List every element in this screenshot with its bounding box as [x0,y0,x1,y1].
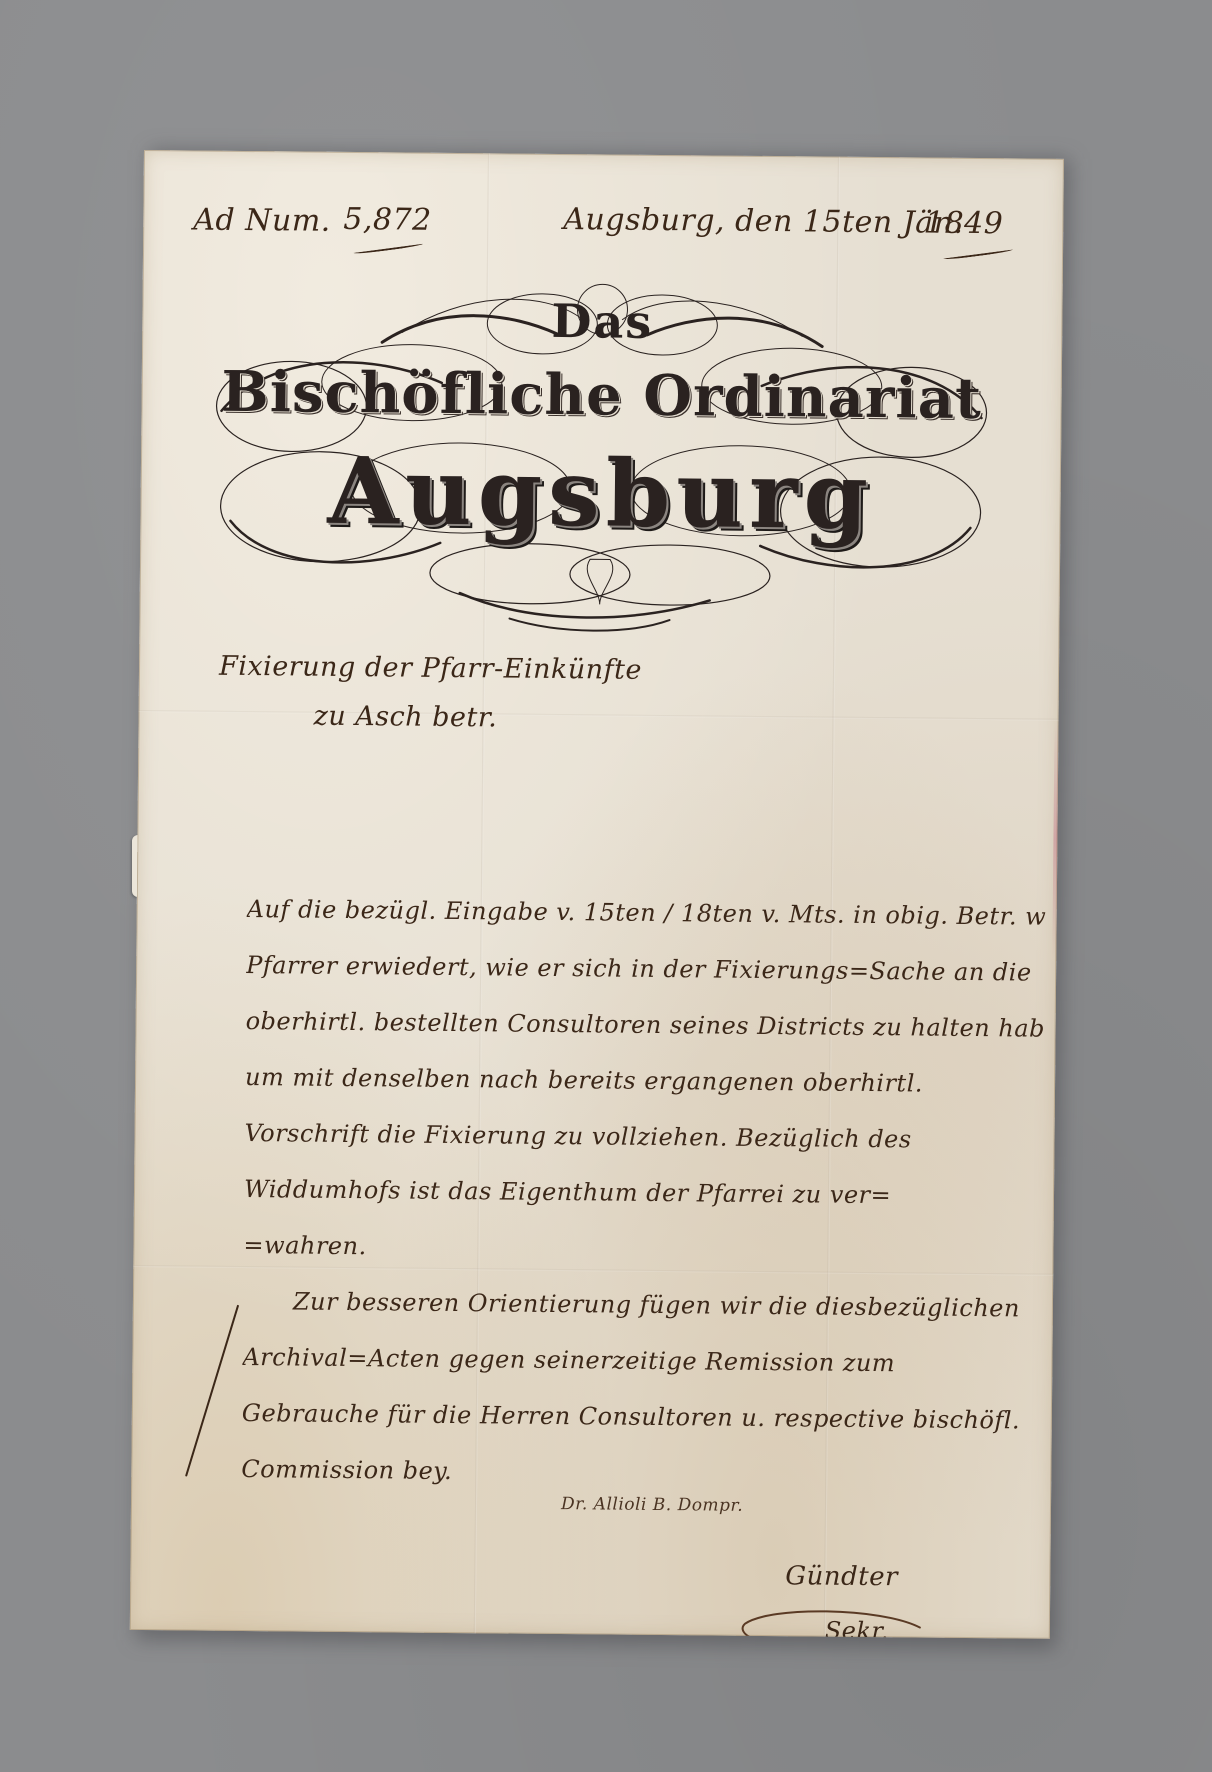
body-line: =wahren. [243,1217,1044,1281]
body-line: Gebrauche für die Herren Consultoren u. … [242,1385,1043,1449]
signature: Gündter Sekr. [729,1546,930,1639]
subject-line: zu Asch betr. [313,701,641,735]
body-line: Widdumhofs ist das Eigenthum der Pfarrei… [244,1161,1045,1225]
body-line: Pfarrer erwiedert, wie er sich in der Fi… [246,937,1047,1001]
body-line: um mit denselben nach bereits ergangenen… [245,1049,1046,1113]
subject-line: Fixierung der Pfarr-Einkünfte [219,651,642,686]
annotation-note: Dr. Allioli B. Dompr. [561,1494,743,1516]
header-line: Ad Num. 5,872 Augsburg, den 15ten Jän. 1… [173,192,1034,260]
letterhead-city: Augsburg [210,436,991,551]
document-sheet: Ad Num. 5,872 Augsburg, den 15ten Jän. 1… [130,150,1064,1639]
reference-number: 5,872 [343,202,432,238]
flourish [943,247,1013,260]
letterhead-institution: Bischöfliche Ordinariat [211,359,992,432]
place-date: Augsburg, den 15ten Jän. [563,202,963,241]
letterhead-article: Das [212,291,992,352]
flourish [353,242,423,255]
body-line: oberhirtl. bestellten Consultoren seines… [245,993,1046,1057]
margin-mark-icon [181,1300,243,1481]
body-line: Zur besseren Orientierung fügen wir die … [243,1273,1044,1337]
body-line: Auf die bezügl. Eingabe v. 15ten / 18ten… [246,881,1047,945]
reference-label: Ad Num. [193,202,331,238]
year: 1849 [925,206,1004,242]
signature-title: Sekr. [825,1617,889,1639]
body-line: Archival=Acten gegen seinerzeitige Remis… [242,1329,1043,1393]
subject: Fixierung der Pfarr-Einkünfte zu Asch be… [218,651,642,735]
letter-body: Auf die bezügl. Eingabe v. 15ten / 18ten… [241,881,1047,1505]
letterhead: Das Bischöfliche Ordinariat Augsburg [209,271,993,648]
body-line: Vorschrift die Fixierung zu vollziehen. … [244,1105,1045,1169]
